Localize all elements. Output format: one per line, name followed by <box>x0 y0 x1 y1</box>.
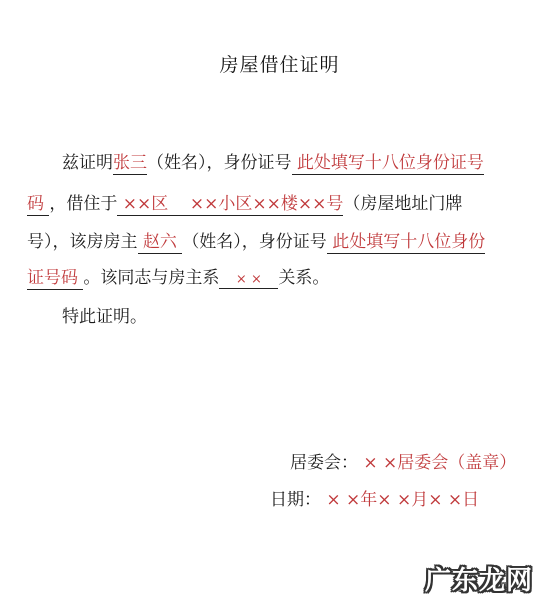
text: （房屋地址门牌 <box>343 194 462 214</box>
paragraph-line-2: 码 ，借住于 ××区 ××小区××楼××号（房屋地址门牌 <box>27 193 462 215</box>
tenant-name-field: 张三 <box>113 153 147 175</box>
relation-field: × × <box>219 272 278 289</box>
tenant-id-field-cont: 码 <box>27 194 49 216</box>
date-value: × ×年× ×月× ×日 <box>321 490 479 510</box>
paragraph-line-4: 证号码 。该同志与房主系 × × 关系。 <box>27 267 329 291</box>
paragraph-line-1: 兹证明张三（姓名），身份证号 此处填写十八位身份证号 <box>62 152 484 174</box>
date-line: 日期： × ×年× ×月× ×日 <box>270 485 479 510</box>
text: 。该同志与房主系 <box>83 268 219 288</box>
text: 兹证明 <box>62 153 113 173</box>
text: ，借住于 <box>49 194 117 214</box>
watermark-logo: 广东龙网 <box>425 560 533 597</box>
tenant-id-field: 此处填写十八位身份证号 <box>292 153 484 175</box>
text: （姓名），身份证号 <box>182 232 327 252</box>
owner-name-field: 赵六 <box>138 232 183 254</box>
closing-text: 特此证明。 <box>62 306 147 328</box>
text: 号），该房房主 <box>27 232 138 252</box>
text: （姓名），身份证号 <box>147 153 292 173</box>
committee-value: × ×居委会（盖章） <box>358 453 516 473</box>
text: 关系。 <box>278 268 329 288</box>
committee-label: 居委会： <box>290 453 358 473</box>
date-label: 日期： <box>270 490 321 510</box>
owner-id-field: 此处填写十八位身份 <box>327 232 485 254</box>
document-title: 房屋借住证明 <box>0 50 559 77</box>
committee-line: 居委会： × ×居委会（盖章） <box>290 448 516 473</box>
address-field: ××区 ××小区××楼××号 <box>117 194 343 216</box>
owner-id-field-cont: 证号码 <box>27 268 83 290</box>
paragraph-line-3: 号），该房房主 赵六 （姓名），身份证号 此处填写十八位身份 <box>27 231 485 253</box>
